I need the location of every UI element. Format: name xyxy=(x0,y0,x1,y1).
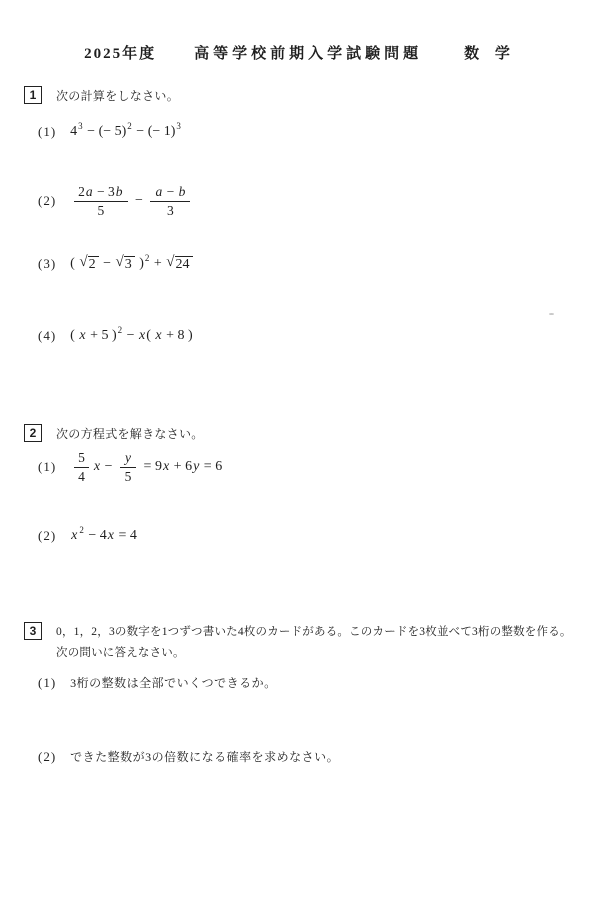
problem-3-2-label: (2) xyxy=(38,749,56,765)
title-main: 高等学校前期入学試験問題 xyxy=(194,42,422,63)
problem-1-3: (3) ( √2 − √3 )2 + √24 xyxy=(38,254,194,274)
section-1-header: 1 次の計算をしなさい。 xyxy=(24,86,179,104)
problem-3-2: (2) できた整数が3の倍数になる確率を求めなさい。 xyxy=(38,748,339,765)
problem-3-1-text: 3桁の整数は全部でいくつできるか。 xyxy=(70,674,277,691)
title-subject: 数 学 xyxy=(464,42,516,63)
problem-3-1-label: (1) xyxy=(38,675,56,691)
scan-speck xyxy=(549,313,554,315)
problem-2-2-label: (2) xyxy=(38,528,56,544)
problem-2-2-expression: x2 − 4x = 4 xyxy=(70,528,137,544)
section-1-instruction: 次の計算をしなさい。 xyxy=(56,87,179,104)
problem-3-2-text: できた整数が3の倍数になる確率を求めなさい。 xyxy=(70,748,339,765)
section-1-number-box: 1 xyxy=(24,86,42,104)
problem-2-1: (1) 54x − y5 = 9x + 6y = 6 xyxy=(38,450,222,484)
problem-2-1-expression: 54x − y5 = 9x + 6y = 6 xyxy=(70,450,222,484)
title-year: 2025年度 xyxy=(84,42,156,63)
section-3-header: 3 0，1，2，3の数字を1つずつ書いた4枚のカードがある。このカードを3枚並べ… xyxy=(24,622,581,664)
section-3-instruction-line2: 次の問いに答えなさい。 xyxy=(56,647,185,659)
section-2-header: 2 次の方程式を解きなさい。 xyxy=(24,424,204,442)
problem-1-2-label: (2) xyxy=(38,193,56,209)
problem-1-4: (4) ( x + 5 )2 − x( x + 8 ) xyxy=(38,328,193,344)
page-title: 2025年度 高等学校前期入学試験問題 数 学 xyxy=(0,42,600,63)
exam-paper: 2025年度 高等学校前期入学試験問題 数 学 1 次の計算をしなさい。 (1)… xyxy=(0,0,600,900)
problem-1-2: (2) 2a − 3b5 − a − b3 xyxy=(38,184,194,218)
problem-1-1: (1) 43 − (− 5)2 − (− 1)3 xyxy=(38,124,182,140)
problem-2-2: (2) x2 − 4x = 4 xyxy=(38,528,137,544)
section-3-instruction: 0，1，2，3の数字を1つずつ書いた4枚のカードがある。このカードを3枚並べて3… xyxy=(56,622,581,664)
section-3-number-box: 3 xyxy=(24,622,42,640)
problem-2-1-label: (1) xyxy=(38,459,56,475)
section-3-instruction-line1: 0，1，2，3の数字を1つずつ書いた4枚のカードがある。このカードを3枚並べて3… xyxy=(56,626,572,638)
problem-1-1-label: (1) xyxy=(38,124,56,140)
problem-1-4-expression: ( x + 5 )2 − x( x + 8 ) xyxy=(70,328,193,344)
problem-1-1-expression: 43 − (− 5)2 − (− 1)3 xyxy=(70,124,182,140)
problem-1-3-expression: ( √2 − √3 )2 + √24 xyxy=(70,254,193,274)
section-2-instruction: 次の方程式を解きなさい。 xyxy=(56,425,204,442)
problem-1-4-label: (4) xyxy=(38,328,56,344)
problem-1-2-expression: 2a − 3b5 − a − b3 xyxy=(70,184,194,218)
problem-1-3-label: (3) xyxy=(38,256,56,272)
problem-3-1: (1) 3桁の整数は全部でいくつできるか。 xyxy=(38,674,277,691)
section-2-number-box: 2 xyxy=(24,424,42,442)
